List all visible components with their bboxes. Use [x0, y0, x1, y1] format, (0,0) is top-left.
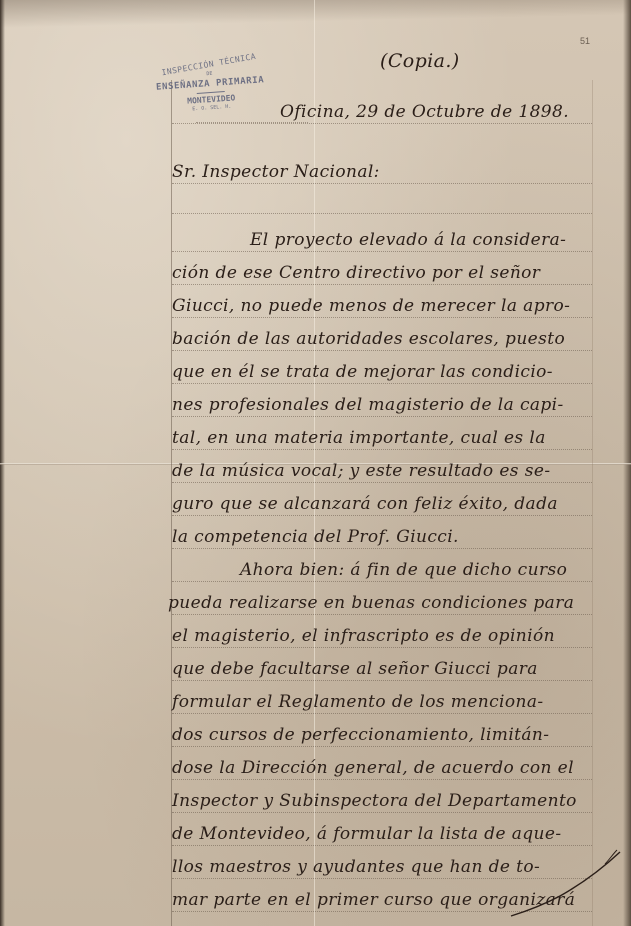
addressee-text: Sr. Inspector Nacional:: [172, 162, 380, 182]
body-line-text: nes profesionales del magisterio de la c…: [172, 395, 564, 415]
body-line: formular el Reglamento de los menciona-: [172, 686, 592, 714]
body-line-text: formular el Reglamento de los menciona-: [172, 692, 544, 712]
body-line: El proyecto elevado á la considera-: [172, 224, 592, 252]
body-line: Inspector y Subinspectora del Departamen…: [172, 785, 592, 813]
body-line: dos cursos de perfeccionamiento, limitán…: [172, 719, 592, 747]
body-line: dose la Dirección general, de acuerdo co…: [172, 752, 592, 780]
body-line: de la música vocal; y este resultado es …: [172, 455, 592, 483]
body-line-text: bación de las autoridades escolares, pue…: [172, 329, 565, 349]
body-line: de Montevideo, á formular la lista de aq…: [172, 818, 592, 846]
body-line: el magisterio, el infrascripto es de opi…: [172, 620, 592, 648]
body-line: ción de ese Centro directivo por el seño…: [172, 257, 592, 285]
page-number: 51: [580, 36, 590, 46]
body-line-text: dose la Dirección general, de acuerdo co…: [172, 758, 574, 778]
body-line-text: tal, en una materia importante, cual es …: [172, 428, 546, 448]
blank-ruled-line: [172, 186, 592, 214]
body-line-text: guro que se alcanzará con feliz éxito, d…: [172, 494, 558, 514]
body-line: bación de las autoridades escolares, pue…: [172, 323, 592, 351]
body-line-text: el magisterio, el infrascripto es de opi…: [172, 626, 555, 646]
addressee-line: Sr. Inspector Nacional:: [172, 156, 592, 184]
body-line-text: El proyecto elevado á la considera-: [250, 230, 566, 250]
date-line: Oficina, 29 de Octubre de 1898.: [172, 96, 592, 124]
date-text: Oficina, 29 de Octubre de 1898.: [280, 102, 569, 122]
paper-shadow: [0, 0, 631, 28]
document-page: 51 INSPECCIÓN TÉCNICA DE ENSEÑANZA PRIMA…: [0, 0, 631, 926]
body-line-text: Inspector y Subinspectora del Departamen…: [172, 791, 577, 811]
body-line: guro que se alcanzará con feliz éxito, d…: [172, 488, 592, 516]
body-line-text: de Montevideo, á formular la lista de aq…: [172, 824, 561, 844]
body-line: tal, en una materia importante, cual es …: [172, 422, 592, 450]
body-line-text: de la música vocal; y este resultado es …: [172, 461, 550, 481]
body-line: nes profesionales del magisterio de la c…: [172, 389, 592, 417]
body-line-text: dos cursos de perfeccionamiento, limitán…: [172, 725, 549, 745]
body-line-text: que en él se trata de mejorar las condic…: [172, 362, 553, 382]
body-line: pueda realizarse en buenas condiciones p…: [172, 587, 592, 615]
body-line: que debe facultarse al señor Giucci para: [172, 653, 592, 681]
body-line-text: Giucci, no puede menos de merecer la apr…: [172, 296, 570, 316]
body-line: Ahora bien: á fin de que dicho curso: [172, 554, 592, 582]
right-margin-rule: [592, 80, 593, 926]
body-line: que en él se trata de mejorar las condic…: [172, 356, 592, 384]
body-line-text: ción de ese Centro directivo por el seño…: [172, 263, 540, 283]
document-heading: (Copia.): [380, 50, 460, 72]
pen-flourish-icon: [505, 848, 625, 918]
body-line-text: pueda realizarse en buenas condiciones p…: [168, 593, 574, 613]
body-line: la competencia del Prof. Giucci.: [172, 521, 592, 549]
body-line-text: la competencia del Prof. Giucci.: [172, 527, 459, 547]
body-line-text: Ahora bien: á fin de que dicho curso: [240, 560, 567, 580]
body-line: Giucci, no puede menos de merecer la apr…: [172, 290, 592, 318]
body-line-text: que debe facultarse al señor Giucci para: [172, 659, 538, 679]
body-line-text: llos maestros y ayudantes que han de to-: [172, 857, 540, 877]
